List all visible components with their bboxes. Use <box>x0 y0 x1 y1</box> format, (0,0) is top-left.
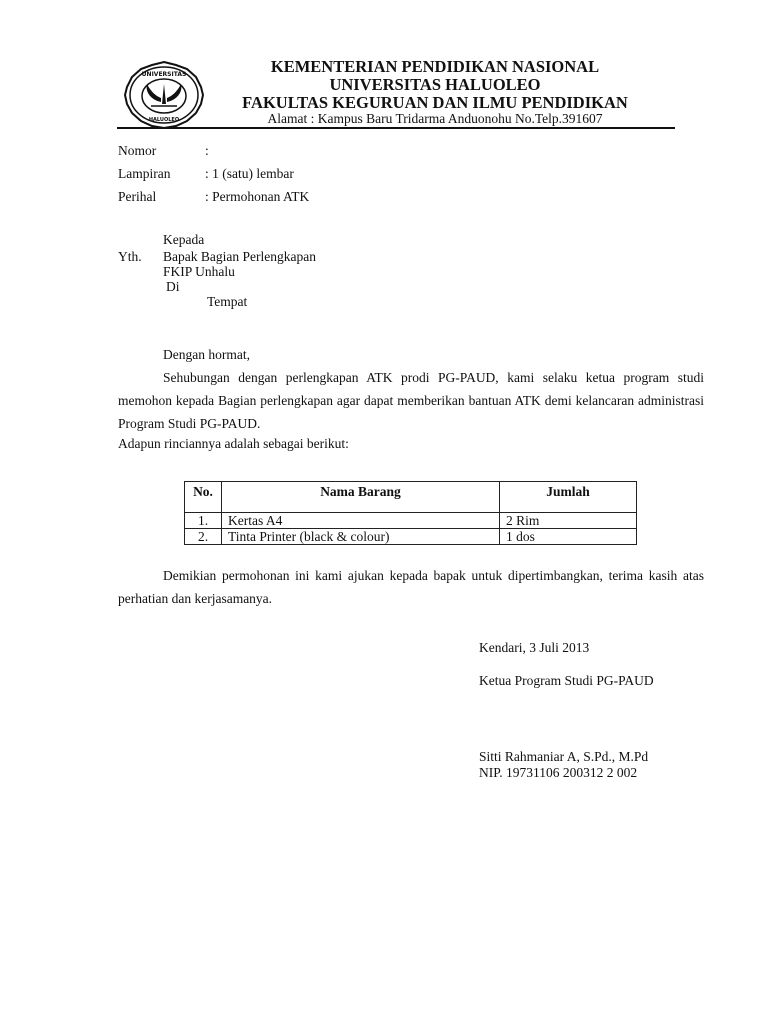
nomor-value: : <box>205 143 209 159</box>
row-no: 1. <box>185 513 222 529</box>
address: Alamat : Kampus Baru Tridarma Anduonohu … <box>200 111 670 127</box>
greeting: Dengan hormat, <box>163 347 250 363</box>
svg-text:UNIVERSITAS: UNIVERSITAS <box>142 71 187 78</box>
row-nama-barang: Kertas A4 <box>222 513 500 529</box>
recipient-org: FKIP Unhalu <box>163 264 235 280</box>
svg-text:HALUOLEO: HALUOLEO <box>149 117 179 123</box>
closing-paragraph: Demikian permohonan ini kami ajukan kepa… <box>118 564 704 610</box>
recipient-yth: Yth. <box>118 249 142 265</box>
header-nama-barang: Nama Barang <box>222 482 500 513</box>
table-header-row: No. Nama Barang Jumlah <box>185 482 637 513</box>
row-no: 2. <box>185 529 222 545</box>
recipient-di: Di <box>166 279 180 295</box>
place-date: Kendari, 3 Juli 2013 <box>479 640 589 656</box>
faculty-name: FAKULTAS KEGURUAN DAN ILMU PENDIDIKAN <box>200 94 670 112</box>
signer-title: Ketua Program Studi PG-PAUD <box>479 673 654 689</box>
items-table: No. Nama Barang Jumlah 1. Kertas A4 2 Ri… <box>184 481 637 545</box>
signer-nip: NIP. 19731106 200312 2 002 <box>479 765 637 781</box>
recipient-tempat: Tempat <box>207 294 247 310</box>
row-jumlah: 2 Rim <box>500 513 637 529</box>
university-seal-icon: UNIVERSITAS HALUOLEO <box>121 60 207 130</box>
letterhead-divider <box>117 127 675 129</box>
header-no: No. <box>185 482 222 513</box>
perihal-label: Perihal <box>118 189 156 205</box>
row-jumlah: 1 dos <box>500 529 637 545</box>
table-row: 1. Kertas A4 2 Rim <box>185 513 637 529</box>
lampiran-label: Lampiran <box>118 166 170 182</box>
row-nama-barang: Tinta Printer (black & colour) <box>222 529 500 545</box>
university-name: UNIVERSITAS HALUOLEO <box>200 76 670 94</box>
ministry-name: KEMENTERIAN PENDIDIKAN NASIONAL <box>200 58 670 76</box>
lampiran-value: : 1 (satu) lembar <box>205 166 294 182</box>
recipient-name: Bapak Bagian Perlengkapan <box>163 249 316 265</box>
body-paragraph-1: Sehubungan dengan perlengkapan ATK prodi… <box>118 366 704 435</box>
nomor-label: Nomor <box>118 143 156 159</box>
header-jumlah: Jumlah <box>500 482 637 513</box>
body-paragraph-2: Adapun rinciannya adalah sebagai berikut… <box>118 436 349 452</box>
table-row: 2. Tinta Printer (black & colour) 1 dos <box>185 529 637 545</box>
signer-name: Sitti Rahmaniar A, S.Pd., M.Pd <box>479 749 648 765</box>
recipient-kepada: Kepada <box>163 232 204 248</box>
perihal-value: : Permohonan ATK <box>205 189 309 205</box>
